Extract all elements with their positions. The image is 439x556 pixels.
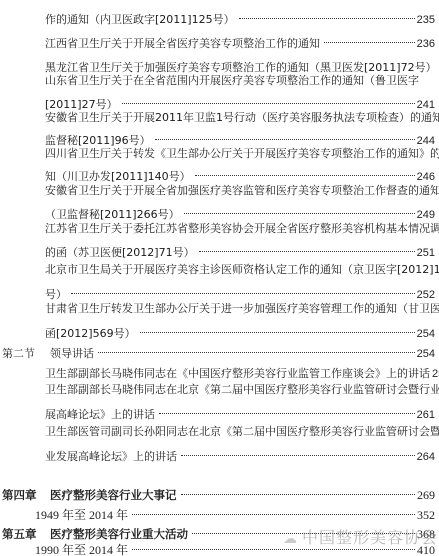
toc-entry[interactable]: 作的通知（内卫医政字[2011]125号） 235 <box>45 7 435 23</box>
toc-entry[interactable]: 四川省卫生厅关于转发《卫生部办公厅关于开展医疗美容专项整治工作的通知》的通 <box>45 146 439 162</box>
chapter-title: 医疗整形美容行业大事记 <box>50 487 177 503</box>
sub-entry-title: 1949 年至 2014 年 <box>35 507 128 523</box>
toc-entry[interactable]: 卫生部副部长马晓伟同志在《中国医疗整形美容行业监管工作座谈会》上的讲话 254 <box>45 361 435 377</box>
dot-leader <box>181 483 416 499</box>
toc-entry-title: 卫生部副部长马晓伟同志在北京《第二届中国医疗整形美容行业监管研讨会暨行业发 <box>45 382 439 398</box>
toc-entry-title: 展高峰论坛》上的讲话 <box>45 407 155 423</box>
section-label: 第二节 <box>2 346 50 362</box>
toc-entry-continuation[interactable]: 函[2012]569号） 254 <box>45 321 435 337</box>
dot-leader <box>184 202 415 218</box>
toc-entry[interactable]: 黑龙江省卫生厅关于加强医疗美容专项整治工作的通知（黑卫医发[2011]72号） … <box>45 55 435 71</box>
dot-leader <box>159 402 415 418</box>
toc-entry-title: 江苏省卫生厅关于委托江苏省整形美容协会开展全省医疗整形美容机构基本情况调查 <box>45 221 439 237</box>
toc-chapter-4[interactable]: 第四章 医疗整形美容行业大事记 269 <box>2 483 435 499</box>
toc-entry-title: 卫生部副部长马晓伟同志在《中国医疗整形美容行业监管工作座谈会》上的讲话 <box>45 366 430 382</box>
toc-entry[interactable]: 江苏省卫生厅关于委托江苏省整形美容协会开展全省医疗整形美容机构基本情况调查 <box>45 221 439 237</box>
toc-entry[interactable]: 北京市卫生局关于开展医疗美容主诊医师资格认定工作的通知（京卫医字[2012]18… <box>45 262 439 278</box>
dot-leader <box>132 503 415 519</box>
toc-entry-title: 卫生部医管司副司长孙阳同志在北京《第二届中国医疗整形美容行业监管研讨会暨行 <box>45 424 439 440</box>
wechat-icon: ☁ <box>283 531 298 547</box>
toc-entry-continuation[interactable]: 监督秘[2011]96号） 244 <box>45 128 435 144</box>
toc-entry-title: 甘肃省卫生厅转发卫生部办公厅关于进一步加强医疗美容管理工作的通知（甘卫医政 <box>45 301 439 317</box>
toc-entry[interactable]: 江西省卫生厅关于开展全省医疗美容专项整治工作的通知 236 <box>45 31 435 47</box>
toc-chapter-4-sub[interactable]: 1949 年至 2014 年 352 <box>35 503 435 519</box>
toc-entry[interactable]: 甘肃省卫生厅转发卫生部办公厅关于进一步加强医疗美容管理工作的通知（甘卫医政 <box>45 301 439 317</box>
toc-page-number: 254 <box>417 346 435 362</box>
toc-page-number: 236 <box>417 36 435 52</box>
chapter-label: 第四章 <box>2 487 50 503</box>
dot-leader <box>195 164 415 180</box>
toc-entry-title: 作的通知（内卫医政字[2011]125号） <box>45 12 235 28</box>
toc-page-number: 264 <box>417 449 435 465</box>
toc-entry[interactable]: 安徽省卫生厅关于开展2011年卫监1号行动（医疗美容服务执法专项检查）的通知（卫 <box>45 110 439 126</box>
toc-entry[interactable]: 安徽省卫生厅关于开展全省加强医疗美容监管和医疗美容专项整治工作督查的通知 <box>45 183 439 199</box>
toc-entry-title: 四川省卫生厅关于转发《卫生部办公厅关于开展医疗美容专项整治工作的通知》的通 <box>45 146 439 162</box>
toc-page-number: 261 <box>417 407 435 423</box>
toc-entry[interactable]: 卫生部副部长马晓伟同志在北京《第二届中国医疗整形美容行业监管研讨会暨行业发 <box>45 382 439 398</box>
toc-entry-continuation[interactable]: 业发展高峰论坛》上的讲话 264 <box>45 444 435 460</box>
dot-leader <box>199 240 415 256</box>
dot-leader <box>140 321 415 337</box>
toc-section-leader-speeches[interactable]: 第二节 领导讲话 254 <box>2 341 435 357</box>
toc-entry-continuation[interactable]: 号） 252 <box>45 282 435 298</box>
dot-leader <box>324 31 415 47</box>
toc-entry-title: 业发展高峰论坛》上的讲话 <box>45 449 177 465</box>
toc-entry[interactable]: 山东省卫生厅关于在全省范围内开展医疗美容专项整治工作的通知（鲁卫医字 <box>45 73 419 89</box>
toc-page-number: 251 <box>417 245 435 261</box>
sub-entry-title: 1990 年至 2014 年 <box>35 542 128 556</box>
toc-page-number: 254 <box>432 366 439 382</box>
toc-entry[interactable]: 卫生部医管司副司长孙阳同志在北京《第二届中国医疗整形美容行业监管研讨会暨行 <box>45 424 439 440</box>
toc-entry-continuation[interactable]: 的函（苏卫医便[2012]71号） 251 <box>45 240 435 256</box>
toc-page-number: 235 <box>417 12 435 28</box>
toc-page-number: 269 <box>417 487 435 503</box>
toc-entry-continuation[interactable]: （卫监督秘[2011]266号） 249 <box>45 202 435 218</box>
dot-leader <box>122 92 415 108</box>
dot-leader <box>155 128 415 144</box>
dot-leader <box>239 7 415 23</box>
toc-entry-title: 安徽省卫生厅关于开展2011年卫监1号行动（医疗美容服务执法专项检查）的通知（卫 <box>45 110 439 126</box>
toc-page-number: 254 <box>417 326 435 342</box>
toc-entry-title: 函[2012]569号） <box>45 326 136 342</box>
watermark: ☁中国整形美容协会 <box>283 525 438 548</box>
watermark-text: 中国整形美容协会 <box>302 528 438 547</box>
toc-entry-title: 的函（苏卫医便[2012]71号） <box>45 245 195 261</box>
toc-entry-title: 北京市卫生局关于开展医疗美容主诊医师资格认定工作的通知（京卫医字[2012]18… <box>45 262 439 278</box>
dot-leader <box>181 444 415 460</box>
toc-entry-title: 山东省卫生厅关于在全省范围内开展医疗美容专项整治工作的通知（鲁卫医字 <box>45 73 419 89</box>
toc-entry-continuation[interactable]: 展高峰论坛》上的讲话 261 <box>45 402 435 418</box>
section-title: 领导讲话 <box>50 346 94 362</box>
toc-entry-title: 安徽省卫生厅关于开展全省加强医疗美容监管和医疗美容专项整治工作督查的通知 <box>45 183 439 199</box>
dot-leader <box>71 282 415 298</box>
toc-entry-continuation[interactable]: [2011]27号） 241 <box>45 92 435 108</box>
dot-leader <box>98 341 415 357</box>
toc-entry-continuation[interactable]: 知（川卫办发[2011]140号） 246 <box>45 164 435 180</box>
toc-entry-title: 江西省卫生厅关于开展全省医疗美容专项整治工作的通知 <box>45 36 320 52</box>
toc-page-number: 352 <box>417 507 435 523</box>
